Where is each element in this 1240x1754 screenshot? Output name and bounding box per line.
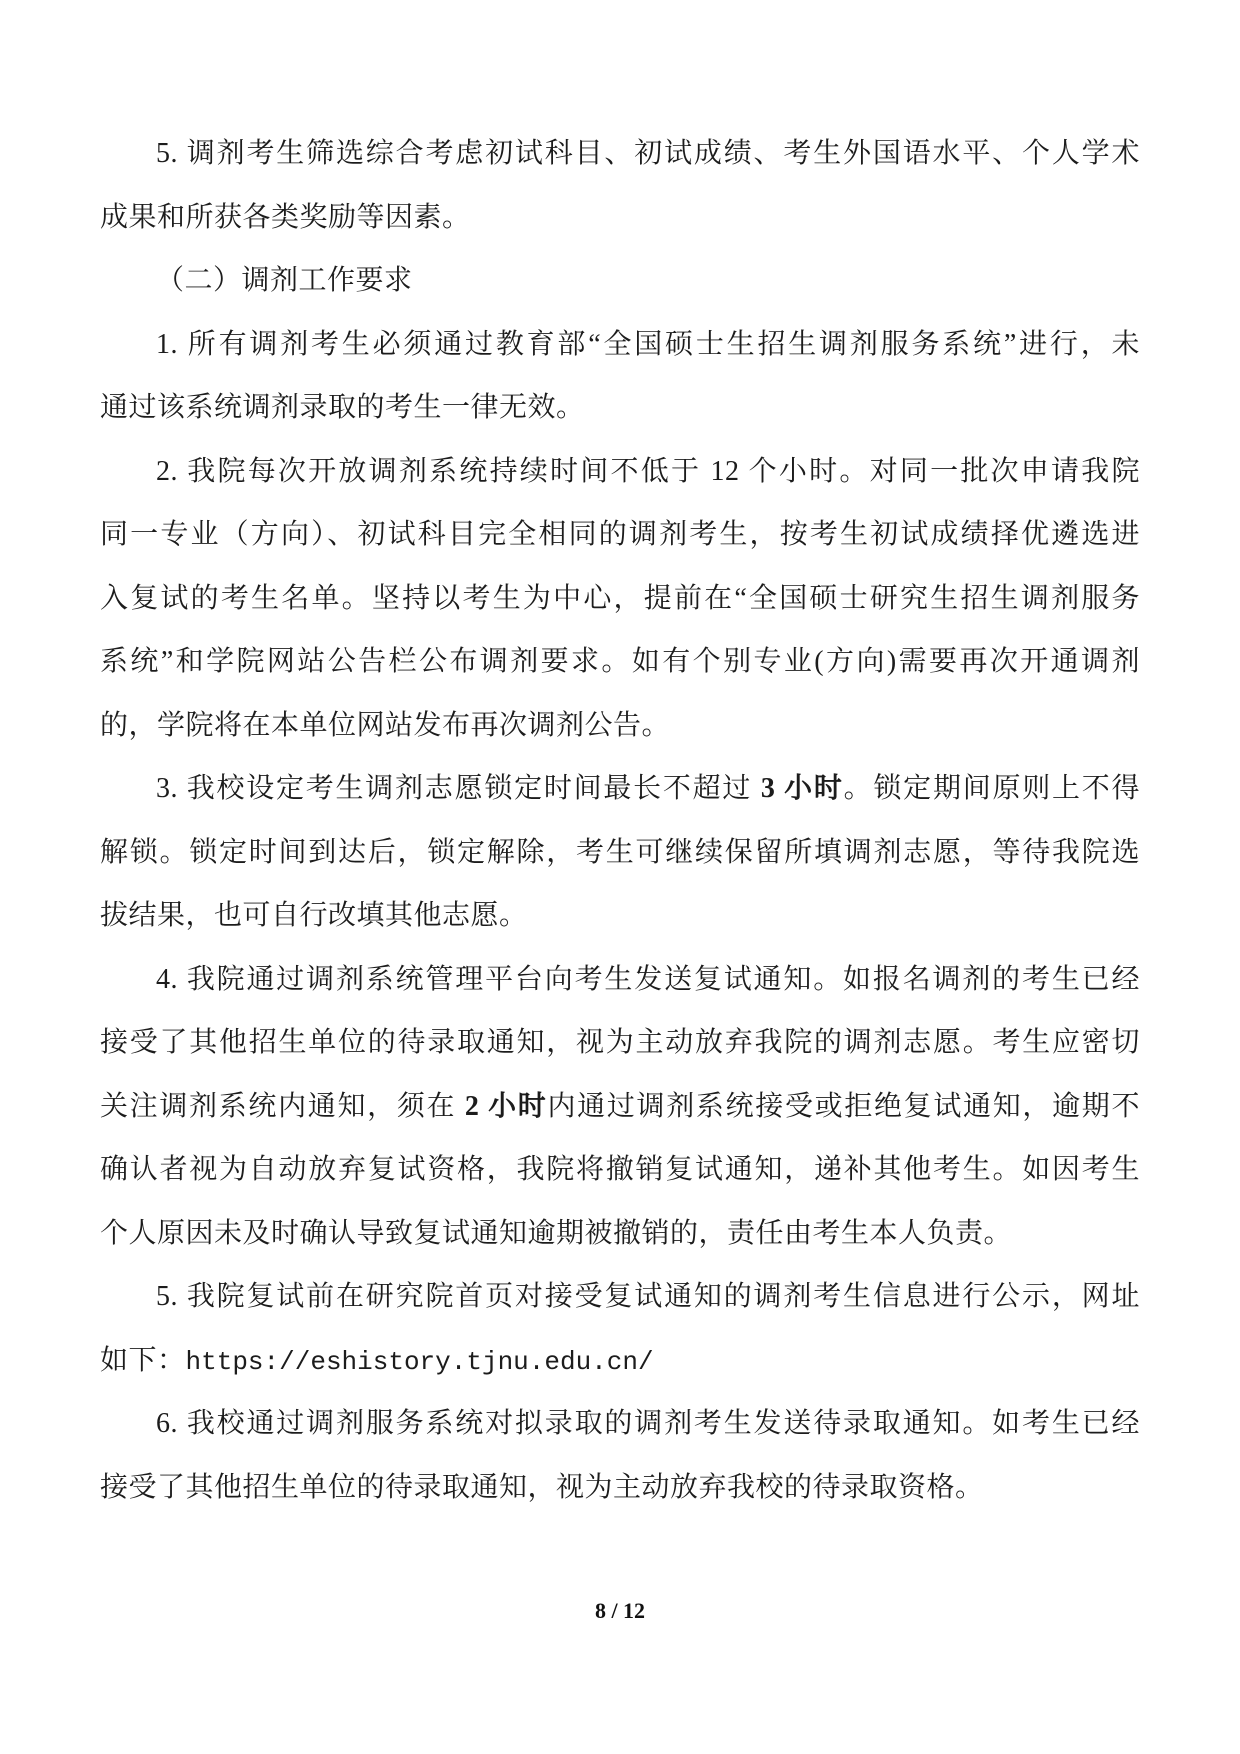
text-line: （二）调剂工作要求 [100,249,1140,313]
text-segment: 的，学院将在本单位网站发布再次调剂公告。 [100,710,670,741]
text-line: 6. 我校通过调剂服务系统对拟录取的调剂考生发送待录取通知。如考生已经 [100,1392,1140,1456]
text-segment: 4. 我院通过调剂系统管理平台向考生发送复试通知。如报名调剂的考生已经 [156,964,1140,995]
text-segment: 如下： [100,1345,186,1376]
text-segment: （二）调剂工作要求 [156,265,413,296]
text-line: 确认者视为自动放弃复试资格，我院将撤销复试通知，递补其他考生。如因考生 [100,1138,1140,1202]
emphasis-text: 3 小时 [761,773,844,804]
text-segment: 解锁。锁定时间到达后，锁定解除，考生可继续保留所填调剂志愿，等待我院选 [100,837,1140,868]
text-segment: 拔结果，也可自行改填其他志愿。 [100,900,528,931]
text-line: 接受了其他招生单位的待录取通知，视为主动放弃我院的调剂志愿。考生应密切 [100,1011,1140,1075]
text-segment: 6. 我校通过调剂服务系统对拟录取的调剂考生发送待录取通知。如考生已经 [156,1408,1140,1439]
text-line: 3. 我校设定考生调剂志愿锁定时间最长不超过 3 小时。锁定期间原则上不得 [100,757,1140,821]
document-page: 5. 调剂考生筛选综合考虑初试科目、初试成绩、考生外国语水平、个人学术成果和所获… [0,0,1240,1754]
text-segment: 3. 我校设定考生调剂志愿锁定时间最长不超过 [156,773,761,804]
text-segment: 个人原因未及时确认导致复试通知逾期被撤销的，责任由考生本人负责。 [100,1218,1012,1249]
text-line: 接受了其他招生单位的待录取通知，视为主动放弃我校的待录取资格。 [100,1456,1140,1520]
text-segment: 。锁定期间原则上不得 [844,773,1140,804]
text-segment: 2. 我院每次开放调剂系统持续时间不低于 12 个小时。对同一批次申请我院 [156,456,1140,487]
text-line: 解锁。锁定时间到达后，锁定解除，考生可继续保留所填调剂志愿，等待我院选 [100,821,1140,885]
emphasis-text: 2 小时 [465,1091,548,1122]
text-segment: 入复试的考生名单。坚持以考生为中心，提前在“全国硕士研究生招生调剂服务 [100,583,1140,614]
text-line: 2. 我院每次开放调剂系统持续时间不低于 12 个小时。对同一批次申请我院 [100,440,1140,504]
text-line: 成果和所获各类奖励等因素。 [100,186,1140,250]
text-line: 拔结果，也可自行改填其他志愿。 [100,884,1140,948]
text-line: 1. 所有调剂考生必须通过教育部“全国硕士生招生调剂服务系统”进行，未 [100,313,1140,377]
text-line: 4. 我院通过调剂系统管理平台向考生发送复试通知。如报名调剂的考生已经 [100,948,1140,1012]
text-line: 关注调剂系统内通知，须在 2 小时内通过调剂系统接受或拒绝复试通知，逾期不 [100,1075,1140,1139]
text-segment: 同一专业（方向）、初试科目完全相同的调剂考生，按考生初试成绩择优遴选进 [100,519,1140,550]
page-number: 8 / 12 [0,1598,1240,1624]
text-segment: 内通过调剂系统接受或拒绝复试通知，逾期不 [547,1091,1140,1122]
text-segment: 通过该系统调剂录取的考生一律无效。 [100,392,585,423]
text-segment: 接受了其他招生单位的待录取通知，视为主动放弃我校的待录取资格。 [100,1472,984,1503]
text-line: 如下：https://eshistory.tjnu.edu.cn/ [100,1329,1140,1393]
text-segment: 关注调剂系统内通知，须在 [100,1091,465,1122]
text-line: 个人原因未及时确认导致复试通知逾期被撤销的，责任由考生本人负责。 [100,1202,1140,1266]
text-segment: 1. 所有调剂考生必须通过教育部“全国硕士生招生调剂服务系统”进行，未 [156,329,1140,360]
text-segment: 5. 调剂考生筛选综合考虑初试科目、初试成绩、考生外国语水平、个人学术 [156,138,1140,169]
url-text: https://eshistory.tjnu.edu.cn/ [186,1347,654,1377]
document-body: 5. 调剂考生筛选综合考虑初试科目、初试成绩、考生外国语水平、个人学术成果和所获… [100,122,1140,1519]
text-line: 的，学院将在本单位网站发布再次调剂公告。 [100,694,1140,758]
text-line: 同一专业（方向）、初试科目完全相同的调剂考生，按考生初试成绩择优遴选进 [100,503,1140,567]
text-line: 系统”和学院网站公告栏公布调剂要求。如有个别专业(方向)需要再次开通调剂 [100,630,1140,694]
text-segment: 接受了其他招生单位的待录取通知，视为主动放弃我院的调剂志愿。考生应密切 [100,1027,1140,1058]
text-line: 通过该系统调剂录取的考生一律无效。 [100,376,1140,440]
text-line: 入复试的考生名单。坚持以考生为中心，提前在“全国硕士研究生招生调剂服务 [100,567,1140,631]
text-line: 5. 我院复试前在研究院首页对接受复试通知的调剂考生信息进行公示，网址 [100,1265,1140,1329]
text-line: 5. 调剂考生筛选综合考虑初试科目、初试成绩、考生外国语水平、个人学术 [100,122,1140,186]
text-segment: 5. 我院复试前在研究院首页对接受复试通知的调剂考生信息进行公示，网址 [156,1281,1140,1312]
text-segment: 成果和所获各类奖励等因素。 [100,202,471,233]
text-segment: 确认者视为自动放弃复试资格，我院将撤销复试通知，递补其他考生。如因考生 [100,1154,1140,1185]
text-segment: 系统”和学院网站公告栏公布调剂要求。如有个别专业(方向)需要再次开通调剂 [100,646,1140,677]
